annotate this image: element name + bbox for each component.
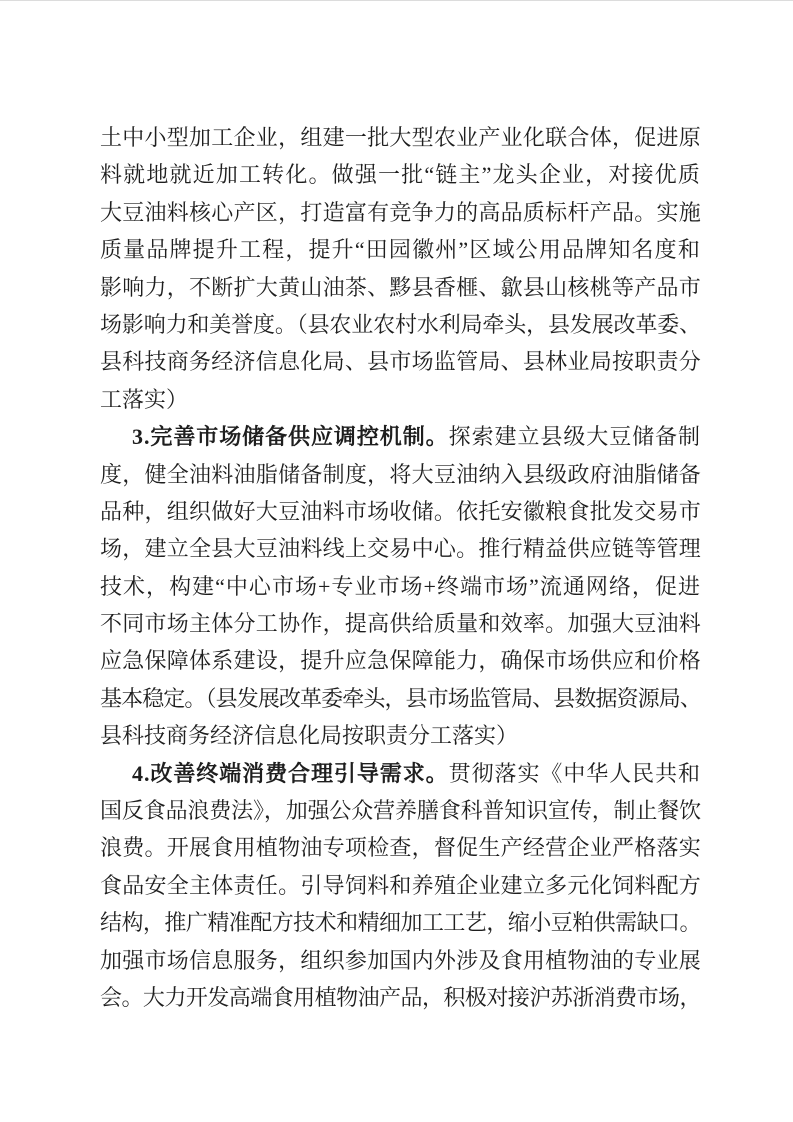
text-segment: 度，健全油料油脂储备制度，将大豆油纳入县级政府油脂储备 [100, 462, 701, 487]
document-page: 土中小型加工企业，组建一批大型农业产业化联合体，促进原料就地就近加工转化。做强一… [0, 0, 793, 1122]
paragraph-4-consumption-guidance: 4.改善终端消费合理引导需求。贯彻落实《中华人民共和国反食品浪费法》，加强公众营… [100, 755, 701, 1017]
text-line: 工落实） [100, 381, 701, 418]
section-heading: 3.完善市场储备供应调控机制。 [132, 424, 449, 449]
text-segment: 基本稳定。（县发展改革委牵头，县市场监管局、县数据资源局、 [100, 686, 701, 711]
text-segment: 工落实） [100, 387, 188, 412]
text-segment: 国反食品浪费法》，加强公众营养膳食科普知识宣传，制止餐饮 [100, 798, 701, 823]
text-line: 县科技商务经济信息化局按职责分工落实） [100, 717, 701, 754]
text-line: 不同市场主体分工协作，提高供给质量和效率。加强大豆油料 [100, 605, 701, 642]
text-segment: 应急保障体系建设，提升应急保障能力，确保市场供应和价格 [100, 648, 701, 673]
text-line: 食品安全主体责任。引导饲料和养殖企业建立多元化饲料配方 [100, 867, 701, 904]
text-segment: 大豆油料核心产区，打造富有竞争力的高品质标杆产品。实施 [100, 200, 701, 225]
text-line: 结构，推广精准配方技术和精细加工工艺，缩小豆粕供需缺口。 [100, 904, 701, 941]
text-line: 加强市场信息服务，组织参加国内外涉及食用植物油的专业展 [100, 942, 701, 979]
text-segment: 贯彻落实《中华人民共和 [449, 761, 701, 786]
text-segment: 场，建立全县大豆油料线上交易中心。推行精益供应链等管理 [100, 536, 701, 561]
text-segment: 料就地就近加工转化。做强一批“链主”龙头企业，对接优质 [100, 162, 701, 187]
text-line: 影响力，不断扩大黄山油茶、黟县香榧、歙县山核桃等产品市 [100, 269, 701, 306]
text-line: 4.改善终端消费合理引导需求。贯彻落实《中华人民共和 [100, 755, 701, 792]
page-top-border [0, 0, 793, 1]
text-line: 浪费。开展食用植物油专项检查，督促生产经营企业严格落实 [100, 829, 701, 866]
text-segment: 不同市场主体分工协作，提高供给质量和效率。加强大豆油料 [100, 611, 701, 636]
text-segment: 加强市场信息服务，组织参加国内外涉及食用植物油的专业展 [100, 948, 701, 973]
text-segment: 品种，组织做好大豆油料市场收储。依托安徽粮食批发交易市 [100, 499, 701, 524]
text-segment: 会。大力开发高端食用植物油产品，积极对接沪苏浙消费市场， [100, 985, 701, 1010]
text-line: 大豆油料核心产区，打造富有竞争力的高品质标杆产品。实施 [100, 194, 701, 231]
text-line: 度，健全油料油脂储备制度，将大豆油纳入县级政府油脂储备 [100, 456, 701, 493]
text-line: 场影响力和美誉度。（县农业农村水利局牵头，县发展改革委、 [100, 306, 701, 343]
text-line: 县科技商务经济信息化局、县市场监管局、县林业局按职责分 [100, 343, 701, 380]
text-line: 3.完善市场储备供应调控机制。探索建立县级大豆储备制 [100, 418, 701, 455]
text-line: 料就地就近加工转化。做强一批“链主”龙头企业，对接优质 [100, 156, 701, 193]
text-line: 技术，构建“中心市场+专业市场+终端市场”流通网络，促进 [100, 568, 701, 605]
text-line: 质量品牌提升工程，提升“田园徽州”区域公用品牌知名度和 [100, 231, 701, 268]
text-line: 国反食品浪费法》，加强公众营养膳食科普知识宣传，制止餐饮 [100, 792, 701, 829]
text-segment: 食品安全主体责任。引导饲料和养殖企业建立多元化饲料配方 [100, 873, 701, 898]
text-line: 土中小型加工企业，组建一批大型农业产业化联合体，促进原 [100, 119, 701, 156]
text-line: 场，建立全县大豆油料线上交易中心。推行精益供应链等管理 [100, 530, 701, 567]
section-heading: 4.改善终端消费合理引导需求。 [132, 761, 449, 786]
text-segment: 县科技商务经济信息化局、县市场监管局、县林业局按职责分 [100, 349, 701, 374]
text-segment: 场影响力和美誉度。（县农业农村水利局牵头，县发展改革委、 [100, 312, 701, 337]
text-line: 基本稳定。（县发展改革委牵头，县市场监管局、县数据资源局、 [100, 680, 701, 717]
text-line: 会。大力开发高端食用植物油产品，积极对接沪苏浙消费市场， [100, 979, 701, 1016]
text-segment: 浪费。开展食用植物油专项检查，督促生产经营企业严格落实 [100, 835, 701, 860]
text-segment: 土中小型加工企业，组建一批大型农业产业化联合体，促进原 [100, 125, 701, 150]
text-segment: 探索建立县级大豆储备制 [449, 424, 701, 449]
text-line: 应急保障体系建设，提升应急保障能力，确保市场供应和价格 [100, 642, 701, 679]
text-segment: 结构，推广精准配方技术和精细加工工艺，缩小豆粕供需缺口。 [100, 910, 701, 935]
text-segment: 质量品牌提升工程，提升“田园徽州”区域公用品牌知名度和 [100, 237, 701, 262]
document-text: 土中小型加工企业，组建一批大型农业产业化联合体，促进原料就地就近加工转化。做强一… [100, 119, 701, 1016]
text-line: 品种，组织做好大豆油料市场收储。依托安徽粮食批发交易市 [100, 493, 701, 530]
paragraph-brand-building: 土中小型加工企业，组建一批大型农业产业化联合体，促进原料就地就近加工转化。做强一… [100, 119, 701, 418]
paragraph-3-market-reserve: 3.完善市场储备供应调控机制。探索建立县级大豆储备制度，健全油料油脂储备制度，将… [100, 418, 701, 755]
text-segment: 技术，构建“中心市场+专业市场+终端市场”流通网络，促进 [100, 574, 701, 599]
text-segment: 影响力，不断扩大黄山油茶、黟县香榧、歙县山核桃等产品市 [100, 275, 701, 300]
text-segment: 县科技商务经济信息化局按职责分工落实） [100, 723, 518, 748]
